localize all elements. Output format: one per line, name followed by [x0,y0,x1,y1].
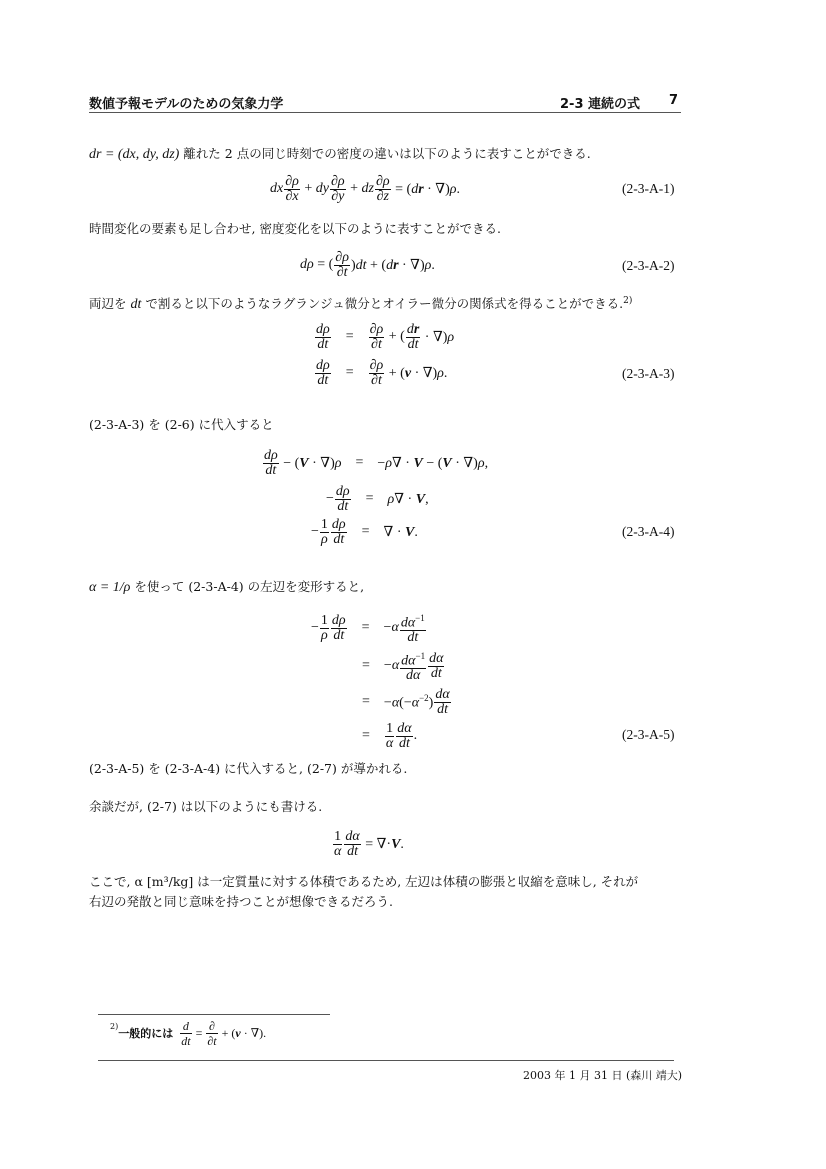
paragraph-6: (2-3-A-5) を (2-3-A-4) に代入すると, (2-7) が導かれ… [89,761,407,777]
equation-volume-divergence: 1α dαdt = ∇·V. [332,825,404,863]
inline-math-alpha: α = 1/ρ [89,580,130,595]
equation-2-3-A-4-line-1: dρdt − (V · ∇)ρ = −ρ∇ · V − (V · ∇)ρ, [262,446,488,480]
paragraph-3: 両辺を dt で割ると以下のようなラグランジュ微分とオイラー微分の関係式を得るこ… [89,293,632,313]
equation-number: (2-3-A-3) [622,366,674,382]
paragraph-4: (2-3-A-3) を (2-6) に代入すると [89,417,274,433]
footnote: 2) 一般的には ddt = ∂∂t + (v · ∇). [110,1018,266,1048]
equation-number: (2-3-A-4) [622,524,674,540]
paragraph-8-line-1: ここで, α [m³/kg] は一定質量に対する体積であるため, 左辺は体積の膨… [89,874,638,890]
equation-2-3-A-3-line-2: dρdt = ∂ρ∂t + (v · ∇)ρ. [314,356,447,390]
equation-2-3-A-4-line-2: − dρdt = ρ∇ · V, [326,482,429,516]
section-title: 2-3 連続の式 [560,93,640,112]
paragraph-1: dr = (dx, dy, dz) 離れた 2 点の同じ時刻での密度の違いは以下… [89,146,591,163]
equation-number: (2-3-A-2) [622,258,674,274]
equation-2-3-A-1: dx ∂ρ∂x + dy ∂ρ∂y + dz ∂ρ∂z = (dr · ∇)ρ. [270,171,460,207]
paragraph-5: α = 1/ρ を使って (2-3-A-4) の左辺を変形すると, [89,579,364,596]
equation-2-3-A-2: dρ = ( ∂ρ∂t )dt + (dr · ∇)ρ. [300,247,435,283]
equation-2-3-A-5-line-3: = −α(−α−2) dαdt [362,684,452,720]
equation-2-3-A-4-line-3: − 1ρ dρdt = ∇ · V. [311,515,418,549]
equation-2-3-A-5-line-4: = 1α dαdt . [362,718,417,754]
equation-number: (2-3-A-5) [622,727,674,743]
footnote-rule [98,1014,330,1015]
footnote-mark: 2) [110,1022,118,1031]
footnote-math: ddt = ∂∂t + (v · ∇). [179,1019,266,1048]
equation-number: (2-3-A-1) [622,181,674,197]
footnote-ref[interactable]: 2) [623,296,632,306]
inline-math-dr: dr = (dx, dy, dz) [89,147,179,162]
footer-rule [98,1060,674,1061]
footnote-text: 一般的には [118,1025,173,1041]
header-rule [89,112,681,113]
page-number: 7 [669,93,678,108]
equation-2-3-A-5-line-2: = −α dα−1dα dαdt [362,646,445,686]
book-title: 数値予報モデルのための気象力学 [89,93,283,112]
paragraph-8-line-2: 右辺の発散と同じ意味を持つことが想像できるだろう. [89,894,393,910]
paragraph-2: 時間変化の要素も足し合わせ, 密度変化を以下のように表すことができる. [89,221,501,237]
equation-2-3-A-5-line-1: − 1ρ dρdt = −α dα−1dt [311,610,427,646]
paragraph-7: 余談だが, (2-7) は以下のようにも書ける. [89,799,322,815]
equation-2-3-A-3-line-1: dρdt = ∂ρ∂t + ( drdt · ∇)ρ [314,320,454,354]
footer-date-author: 2003 年 1 月 31 日 (森川 靖大) [523,1067,682,1083]
